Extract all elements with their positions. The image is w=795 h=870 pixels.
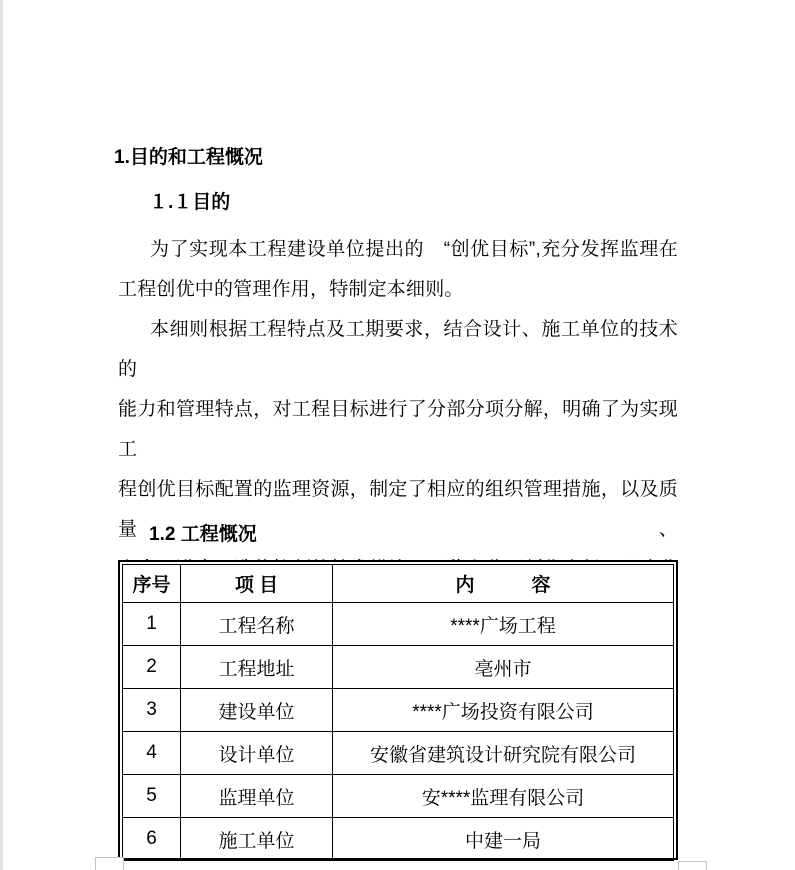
overview-table: 序号 项 目 内 容 1 工程名称 ****广场工程 2 工程地址 亳州市 3 … [118, 560, 678, 860]
table-row: 6 施工单位 中建一局 [123, 818, 674, 861]
table-row: 2 工程地址 亳州市 [123, 646, 674, 689]
cell-item: 建设单位 [181, 689, 333, 732]
table-header-content: 内 容 [333, 565, 674, 603]
table-row: 5 监理单位 安****监理有限公司 [123, 775, 674, 818]
table-row: 3 建设单位 ****广场投资有限公司 [123, 689, 674, 732]
table-row: 4 设计单位 安徽省建筑设计研究院有限公司 [123, 732, 674, 775]
cell-content: 安徽省建筑设计研究院有限公司 [333, 732, 674, 775]
cell-item: 施工单位 [181, 818, 333, 861]
doc-title: 1.目的和工程慨况 [114, 146, 263, 170]
next-element-edge-right [678, 861, 707, 870]
cell-no: 5 [123, 775, 181, 818]
paragraph-line: 本细则根据工程特点及工期要求，结合设计、施工单位的技术的 [118, 310, 678, 390]
paragraph-purpose: 为了实现本工程建设单位提出的 “创优目标”,充分发挥监理在 工程创优中的管理作用… [118, 230, 678, 310]
cell-content: 中建一局 [333, 818, 674, 861]
cell-no: 4 [123, 732, 181, 775]
cell-no: 3 [123, 689, 181, 732]
cell-content: 安****监理有限公司 [333, 775, 674, 818]
cell-content: 亳州市 [333, 646, 674, 689]
cell-content: ****广场工程 [333, 603, 674, 646]
cell-no: 1 [123, 603, 181, 646]
cell-no: 2 [123, 646, 181, 689]
paragraph-line: 工程创优中的管理作用，特制定本细则。 [118, 270, 678, 310]
page-left-edge [0, 0, 3, 870]
cell-item: 工程地址 [181, 646, 333, 689]
paragraph-line: 能力和管理特点，对工程目标进行了分部分项分解，明确了为实现工 [118, 390, 678, 470]
table-row: 1 工程名称 ****广场工程 [123, 603, 674, 646]
cell-item: 监理单位 [181, 775, 333, 818]
paragraph-line: 为了实现本工程建设单位提出的 “创优目标”,充分发挥监理在 [118, 230, 678, 270]
cell-content: ****广场投资有限公司 [333, 689, 674, 732]
cell-item: 设计单位 [181, 732, 333, 775]
cell-item: 工程名称 [181, 603, 333, 646]
section-1-1-heading: １.１目的 [149, 191, 230, 215]
table-header-no: 序号 [123, 565, 181, 603]
section-1-2-heading: 1.2 工程慨况 [149, 522, 257, 548]
cell-no: 6 [123, 818, 181, 861]
table-header-row: 序号 项 目 内 容 [123, 565, 674, 603]
table-header-item: 项 目 [181, 565, 333, 603]
next-element-edge-left [95, 857, 124, 870]
